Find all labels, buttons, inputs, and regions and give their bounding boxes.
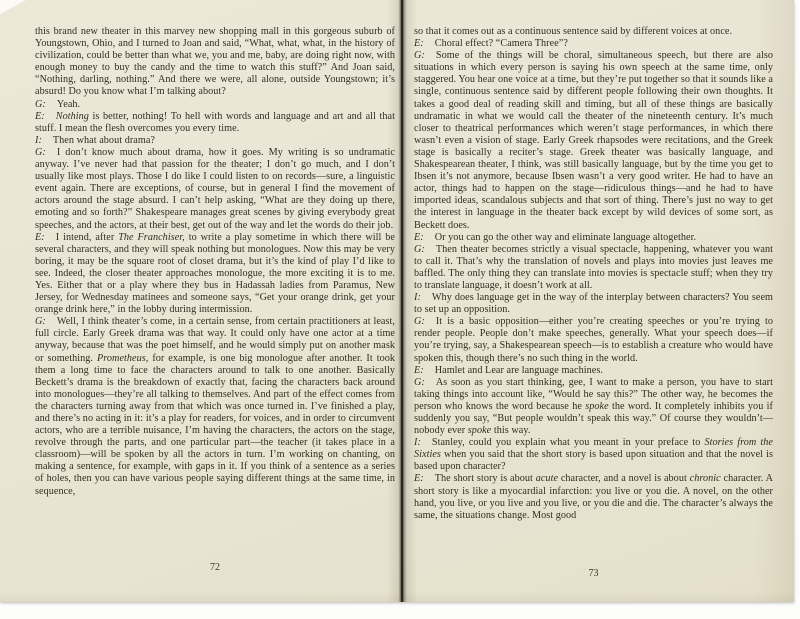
paragraph: so that it comes out as a continuous sen… <box>414 26 773 38</box>
paragraph: I:Why does language get in the way of th… <box>414 292 773 316</box>
paragraph: G:Then theater becomes strictly a visual… <box>414 244 773 292</box>
speaker-label: E: <box>414 38 435 49</box>
speaker-label: E: <box>414 232 435 243</box>
paragraph: G:Yeah. <box>35 99 395 111</box>
text-segment: acute <box>536 473 558 484</box>
text-segment: for example, is one big monologue after … <box>35 353 395 497</box>
text-segment: spoke <box>585 401 608 412</box>
speaker-label: I: <box>414 292 432 303</box>
paragraph: E:Nothing is better, nothing! To hell wi… <box>35 111 395 135</box>
paragraph: E:Hamlet and Lear are language machines. <box>414 365 773 377</box>
speaker-label: G: <box>35 99 57 110</box>
text-segment: is better, nothing! To hell with words a… <box>35 111 395 134</box>
speaker-label: G: <box>35 316 57 327</box>
paragraph: G:It is a basic opposition—either you’re… <box>414 316 773 364</box>
speaker-label: E: <box>35 111 56 122</box>
book-page-right-text: so that it comes out as a continuous sen… <box>414 26 773 522</box>
speaker-label: I: <box>414 437 432 448</box>
text-segment: Choral effect? “Camera Three”? <box>435 38 568 49</box>
text-segment: when you said that the short story is ba… <box>414 449 773 472</box>
paragraph: I:Then what about drama? <box>35 135 395 147</box>
paragraph: this brand new theater in this marvey ne… <box>35 26 395 99</box>
text-segment: The Franchiser, <box>118 232 185 243</box>
speaker-label: G: <box>414 316 436 327</box>
text-segment: Or you can go the other way and eliminat… <box>435 232 696 243</box>
page-number-right: 73 <box>414 568 773 579</box>
text-segment: chronic <box>690 473 721 484</box>
text-segment: Hamlet and Lear are language machines. <box>435 365 603 376</box>
text-segment: I intend, after <box>56 232 118 243</box>
text-segment: Then what about drama? <box>53 135 155 146</box>
text-segment: Nothing <box>56 111 89 122</box>
text-segment: character, and a novel is about <box>558 473 690 484</box>
paragraph: G:Well, I think theater’s come, in a cer… <box>35 316 395 497</box>
paragraph: E:Or you can go the other way and elimin… <box>414 232 773 244</box>
text-segment: Stanley, could you explain what you mean… <box>432 437 705 448</box>
paragraph: I:Stanley, could you explain what you me… <box>414 437 773 473</box>
paragraph: G:I don’t know much about drama, how it … <box>35 147 395 232</box>
paragraph: G:Some of the things will be choral, sim… <box>414 50 773 231</box>
text-segment: Prometheus, <box>97 353 148 364</box>
page-number-left: 72 <box>35 562 395 573</box>
speaker-label: G: <box>35 147 57 158</box>
text-segment: The short story is about <box>435 473 536 484</box>
text-segment: I don’t know much about drama, how it go… <box>35 147 395 231</box>
speaker-label: G: <box>414 50 436 61</box>
book-scan: this brand new theater in this marvey ne… <box>0 0 794 602</box>
text-segment: Then theater becomes strictly a visual s… <box>414 244 773 291</box>
text-segment: so that it comes out as a continuous sen… <box>414 26 732 37</box>
text-segment: spoke <box>468 425 491 436</box>
text-segment: Some of the things will be choral, simul… <box>414 50 773 230</box>
text-segment: Why does language get in the way of the … <box>414 292 773 315</box>
text-segment: this way. <box>491 425 530 436</box>
text-segment: Yeah. <box>57 99 80 110</box>
paragraph: E:The short story is about acute charact… <box>414 473 773 521</box>
paragraph: E:I intend, after The Franchiser, to wri… <box>35 232 395 317</box>
speaker-label: E: <box>414 473 435 484</box>
speaker-label: E: <box>35 232 56 243</box>
book-page-left-text: this brand new theater in this marvey ne… <box>35 26 395 498</box>
text-segment: to write a play sometime in which there … <box>35 232 395 316</box>
paragraph: E:Choral effect? “Camera Three”? <box>414 38 773 50</box>
text-segment: It is a basic opposition—either you’re c… <box>414 316 773 363</box>
speaker-label: G: <box>414 377 436 388</box>
speaker-label: G: <box>414 244 436 255</box>
text-segment: this brand new theater in this marvey ne… <box>35 26 395 97</box>
paragraph: G:As soon as you start thinking, gee, I … <box>414 377 773 437</box>
speaker-label: E: <box>414 365 435 376</box>
speaker-label: I: <box>35 135 53 146</box>
